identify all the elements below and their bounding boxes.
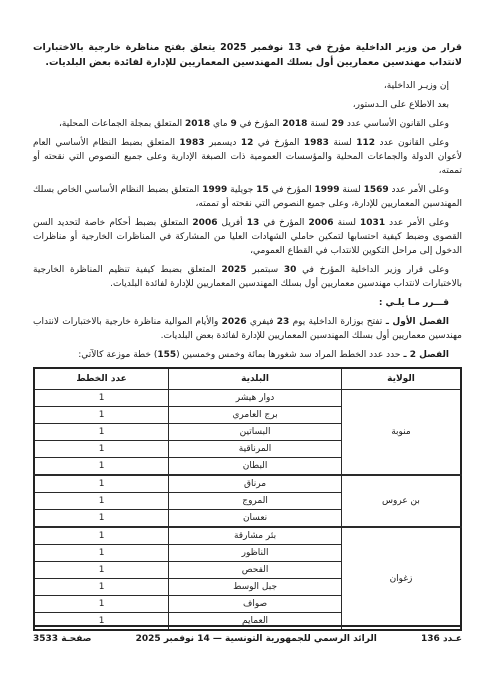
governorate-cell-ben-arous: بن عروس bbox=[341, 475, 461, 527]
preamble-decree-2006: وعلى الأمر عدد 1031 لسنة 2006 المؤرخ في … bbox=[33, 216, 462, 258]
governorate-cell-manouba: منوبة bbox=[341, 390, 461, 476]
municipality-cell: مرناق bbox=[169, 475, 342, 493]
article-1-label: الفصل الأول ـ bbox=[382, 317, 449, 327]
municipality-cell: جبل الوسط bbox=[169, 579, 342, 596]
municipality-cell: البساتين bbox=[169, 424, 342, 441]
page-number: صفحـة 3533 bbox=[33, 634, 91, 644]
positions-cell: 1 bbox=[34, 545, 169, 562]
positions-cell: 1 bbox=[34, 424, 169, 441]
decision-intro: قـــرر مـا يلـي : bbox=[33, 296, 462, 310]
municipality-cell: صواف bbox=[169, 596, 342, 613]
municipality-cell: بئر مشارقة bbox=[169, 527, 342, 545]
municipality-cell: المروج bbox=[169, 493, 342, 510]
issue-number: عـدد 136 bbox=[421, 634, 462, 644]
municipality-cell: الفحص bbox=[169, 562, 342, 579]
preamble-constitution-line: بعد الاطلاع على الـدستور، bbox=[33, 98, 462, 112]
municipality-cell: المرناقية bbox=[169, 441, 342, 458]
municipality-cell: نعسان bbox=[169, 510, 342, 528]
article-2-text: حدد عدد الخطط المراد سد شغورها بمائة وخم… bbox=[78, 350, 400, 360]
preamble-minister-line: إن وزيـر الداخلية، bbox=[33, 79, 462, 93]
municipality-cell: الناظور bbox=[169, 545, 342, 562]
article-2-label: الفصل 2 ـ bbox=[400, 350, 449, 360]
municipality-cell: برج العامري bbox=[169, 407, 342, 424]
table-row: زغوان بئر مشارقة 1 bbox=[34, 527, 461, 545]
positions-cell: 1 bbox=[34, 493, 169, 510]
preamble-decree-1999: وعلى الأمر عدد 1569 لسنة 1999 المؤرخ في … bbox=[33, 183, 462, 211]
col-header-municipality: البلدية bbox=[169, 368, 342, 390]
table-row: بن عروس مرناق 1 bbox=[34, 475, 461, 493]
journal-title-date: الرائد الرسمي للجمهورية التونسية — 14 نو… bbox=[136, 634, 377, 644]
positions-cell: 1 bbox=[34, 579, 169, 596]
page-footer: عـدد 136 الرائد الرسمي للجمهورية التونسي… bbox=[33, 625, 462, 644]
table-header-row: الولاية البلدية عدد الخطط bbox=[34, 368, 461, 390]
table-row: منوبة دوار هيشر 1 bbox=[34, 390, 461, 407]
positions-cell: 1 bbox=[34, 458, 169, 476]
positions-cell: 1 bbox=[34, 562, 169, 579]
positions-cell: 1 bbox=[34, 596, 169, 613]
col-header-governorate: الولاية bbox=[341, 368, 461, 390]
col-header-positions: عدد الخطط bbox=[34, 368, 169, 390]
preamble-order-2025: وعلى قرار وزير الداخلية المؤرخ في 30 سبت… bbox=[33, 263, 462, 291]
article-2: الفصل 2 ـ حدد عدد الخطط المراد سد شغورها… bbox=[33, 348, 462, 362]
positions-table: الولاية البلدية عدد الخطط منوبة دوار هيش… bbox=[33, 367, 462, 631]
article-1: الفصل الأول ـ تفتح بوزارة الداخلية يوم 2… bbox=[33, 315, 462, 343]
municipality-cell: البطان bbox=[169, 458, 342, 476]
page-content: قرار من وزير الداخلية مؤرخ في 13 نوفمبر … bbox=[33, 40, 462, 631]
governorate-cell-zaghouan: زغوان bbox=[341, 527, 461, 630]
positions-cell: 1 bbox=[34, 441, 169, 458]
positions-cell: 1 bbox=[34, 510, 169, 528]
preamble-law-2018: وعلى القانون الأساسي عدد 29 لسنة 2018 ال… bbox=[33, 117, 462, 131]
decree-title: قرار من وزير الداخلية مؤرخ في 13 نوفمبر … bbox=[33, 40, 462, 70]
preamble-law-1983: وعلى القانون عدد 112 لسنة 1983 المؤرخ في… bbox=[33, 136, 462, 178]
positions-cell: 1 bbox=[34, 390, 169, 407]
positions-cell: 1 bbox=[34, 527, 169, 545]
municipality-cell: دوار هيشر bbox=[169, 390, 342, 407]
positions-cell: 1 bbox=[34, 475, 169, 493]
positions-cell: 1 bbox=[34, 407, 169, 424]
